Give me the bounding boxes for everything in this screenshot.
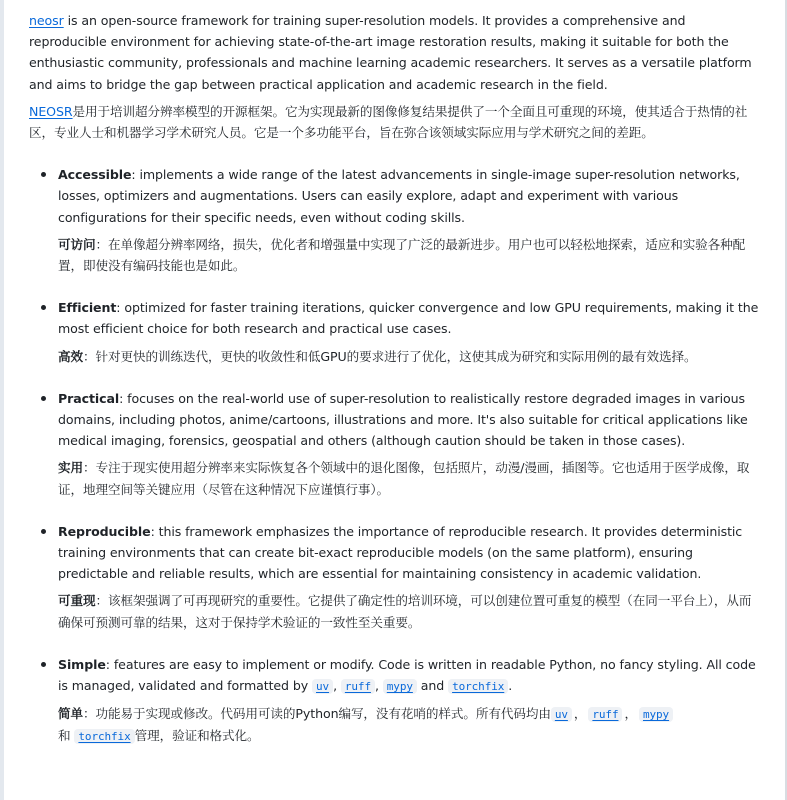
feature-zh: 高效：针对更快的训练迭代，更快的收敛性和低GPU的要求进行了优化，这使其成为研究…: [58, 346, 759, 367]
feature-simple: Simple: features are easy to implement o…: [29, 654, 759, 748]
feature-reproducible: Reproducible: this framework emphasizes …: [29, 521, 759, 633]
separator: ,: [375, 678, 383, 693]
feature-title: Accessible: [58, 167, 131, 182]
feature-desc: : optimized for faster training iteratio…: [58, 300, 758, 336]
feature-title-zh: 可访问: [58, 237, 95, 252]
feature-zh: 可访问：在单像超分辨率网络，损失，优化者和增强量中实现了广泛的最新进步。用户也可…: [58, 234, 759, 276]
separator: ，: [624, 706, 637, 721]
intro-text-zh: 是用于培训超分辨率模型的开源框架。它为实现最新的图像修复结果提供了一个全面且可重…: [29, 104, 747, 140]
conjunction-zh: 和: [58, 728, 71, 743]
intro-paragraph-zh: NEOSR是用于培训超分辨率模型的开源框架。它为实现最新的图像修复结果提供了一个…: [29, 101, 759, 143]
features-list: Accessible: implements a wide range of t…: [29, 164, 759, 747]
tool-link-uv-zh[interactable]: uv: [551, 707, 572, 722]
feature-zh: 可重现：该框架强调了可再现研究的重要性。它提供了确定性的培训环境，可以创建位置可…: [58, 590, 759, 632]
tool-link-mypy[interactable]: mypy: [383, 679, 417, 694]
intro-text-en: is an open-source framework for training…: [29, 13, 752, 92]
intro-paragraph-en: neosr is an open-source framework for tr…: [29, 10, 759, 95]
feature-en: Accessible: implements a wide range of t…: [58, 164, 759, 228]
feature-en: Practical: focuses on the real-world use…: [58, 388, 759, 452]
feature-desc-zh: ：专注于现实使用超分辨率来实际恢复各个领域中的退化图像，包括照片，动漫/漫画，插…: [58, 460, 749, 496]
feature-desc: : implements a wide range of the latest …: [58, 167, 740, 224]
period: .: [508, 678, 512, 693]
feature-title: Simple: [58, 657, 106, 672]
tool-link-ruff-zh[interactable]: ruff: [588, 707, 622, 722]
feature-accessible: Accessible: implements a wide range of t…: [29, 164, 759, 276]
feature-desc-zh: ：该框架强调了可再现研究的重要性。它提供了确定性的培训环境，可以创建位置可重复的…: [58, 593, 751, 629]
tool-link-torchfix-zh[interactable]: torchfix: [74, 729, 134, 744]
tool-link-mypy-zh[interactable]: mypy: [639, 707, 673, 722]
feature-title: Reproducible: [58, 524, 151, 539]
tool-link-uv[interactable]: uv: [312, 679, 333, 694]
feature-title: Practical: [58, 391, 119, 406]
tool-link-ruff[interactable]: ruff: [341, 679, 375, 694]
separator: ,: [333, 678, 341, 693]
feature-en: Reproducible: this framework emphasizes …: [58, 521, 759, 585]
feature-title: Efficient: [58, 300, 116, 315]
bullet-icon: [41, 662, 46, 667]
feature-desc-zh: ：在单像超分辨率网络，损失，优化者和增强量中实现了广泛的最新进步。用户也可以轻松…: [58, 237, 745, 273]
feature-desc: : focuses on the real-world use of super…: [58, 391, 748, 448]
left-border-stripe: [0, 0, 4, 800]
feature-desc: : this framework emphasizes the importan…: [58, 524, 742, 581]
readme-content: neosr is an open-source framework for tr…: [29, 10, 759, 769]
feature-zh: 实用：专注于现实使用超分辨率来实际恢复各个领域中的退化图像，包括照片，动漫/漫画…: [58, 457, 759, 499]
feature-title-zh: 可重现: [58, 593, 95, 608]
separator: ，: [574, 706, 587, 721]
feature-desc-zh: ：针对更快的训练迭代，更快的收敛性和低GPU的要求进行了优化，这使其成为研究和实…: [83, 349, 696, 364]
feature-en: Efficient: optimized for faster training…: [58, 297, 759, 339]
feature-title-zh: 简单: [58, 706, 83, 721]
feature-en: Simple: features are easy to implement o…: [58, 654, 759, 697]
feature-desc-zh: ：功能易于实现或修改。代码用可读的Python编写，没有花哨的样式。所有代码均由: [83, 706, 551, 721]
tool-link-torchfix[interactable]: torchfix: [448, 679, 508, 694]
feature-title-zh: 高效: [58, 349, 83, 364]
neosr-link[interactable]: neosr: [29, 13, 64, 28]
bullet-icon: [41, 396, 46, 401]
feature-desc-zh-end: 管理，验证和格式化。: [135, 728, 260, 743]
feature-zh: 简单：功能易于实现或修改。代码用可读的Python编写，没有花哨的样式。所有代码…: [58, 703, 759, 747]
bullet-icon: [41, 529, 46, 534]
feature-efficient: Efficient: optimized for faster training…: [29, 297, 759, 367]
feature-practical: Practical: focuses on the real-world use…: [29, 388, 759, 500]
neosr-link-zh[interactable]: NEOSR: [29, 104, 73, 119]
feature-title-zh: 实用: [58, 460, 83, 475]
bullet-icon: [41, 172, 46, 177]
bullet-icon: [41, 305, 46, 310]
conjunction: and: [417, 678, 448, 693]
